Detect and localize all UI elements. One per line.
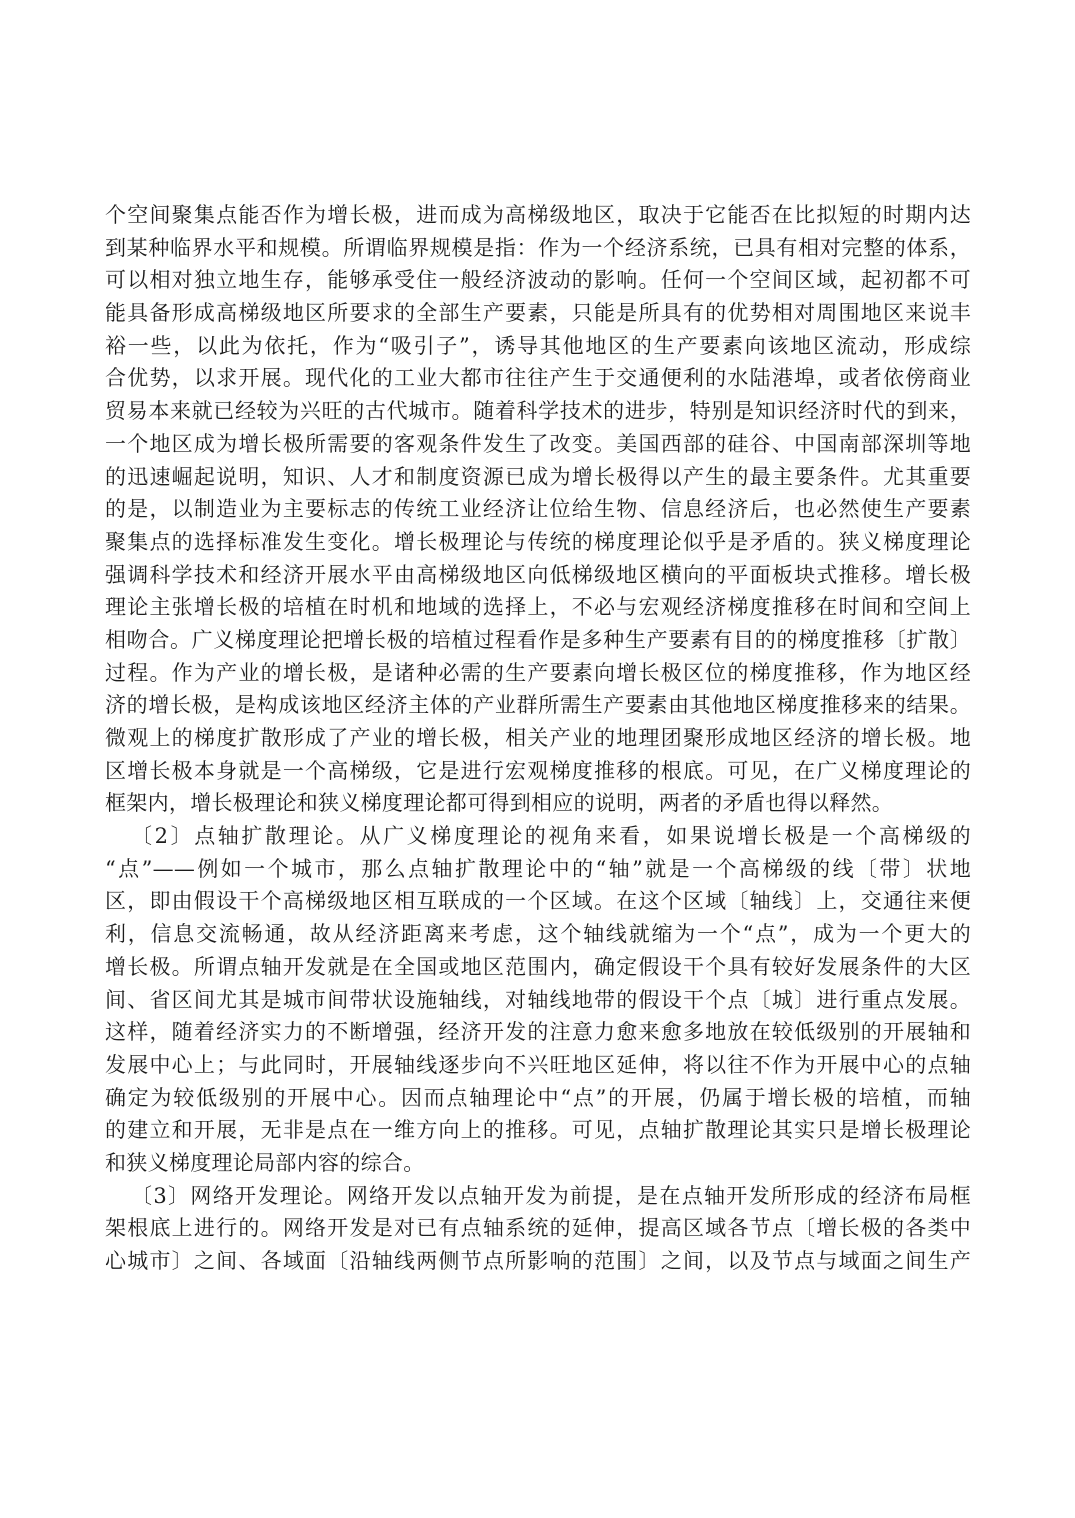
- text-line: 利，信息交流畅通，故从经济距离来考虑，这个轴线就缩为一个“点”，成为一个更大的: [105, 918, 971, 951]
- text-line: 的建立和开展，无非是点在一维方向上的推移。可见，点轴扩散理论其实只是增长极理论: [105, 1114, 971, 1147]
- text-line: 贸易本来就已经较为兴旺的古代城市。随着科学技术的进步，特别是知识经济时代的到来，: [105, 395, 971, 428]
- text-line: 能具备形成高梯级地区所要求的全部生产要素，只能是所具有的优势相对周围地区来说丰: [105, 297, 971, 330]
- text-line: 增长极。所谓点轴开发就是在全国或地区范围内，确定假设干个具有较好发展条件的大区: [105, 951, 971, 984]
- text-line: 相吻合。广义梯度理论把增长极的培植过程看作是多种生产要素有目的的梯度推移〔扩散〕: [105, 624, 971, 657]
- text-line: 理论主张增长极的培植在时机和地域的选择上，不必与宏观经济梯度推移在时间和空间上: [105, 591, 971, 624]
- text-line: 微观上的梯度扩散形成了产业的增长极，相关产业的地理团聚形成地区经济的增长极。地: [105, 722, 971, 755]
- text-line: 合优势，以求开展。现代化的工业大都市往往产生于交通便利的水陆港埠，或者依傍商业: [105, 362, 971, 395]
- text-line: 发展中心上；与此同时，开展轴线逐步向不兴旺地区延伸，将以往不作为开展中心的点轴: [105, 1049, 971, 1082]
- text-line: 区，即由假设干个高梯级地区相互联成的一个区域。在这个区域〔轴线〕上，交通往来便: [105, 885, 971, 918]
- document-page: 个空间聚集点能否作为增长极，进而成为高梯级地区，取决于它能否在比拟短的时期内达到…: [0, 0, 1075, 1518]
- text-line: 架根底上进行的。网络开发是对已有点轴系统的延伸，提高区域各节点〔增长极的各类中: [105, 1212, 971, 1245]
- text-line: 和狭义梯度理论局部内容的综合。: [105, 1147, 971, 1180]
- document-text: 个空间聚集点能否作为增长极，进而成为高梯级地区，取决于它能否在比拟短的时期内达到…: [105, 199, 971, 1278]
- text-line: 可以相对独立地生存，能够承受住一般经济波动的影响。任何一个空间区域，起初都不可: [105, 264, 971, 297]
- paragraph: 〔3〕网络开发理论。网络开发以点轴开发为前提，是在点轴开发所形成的经济布局框架根…: [105, 1180, 971, 1278]
- text-line: 一个地区成为增长极所需要的客观条件发生了改变。美国西部的硅谷、中国南部深圳等地: [105, 428, 971, 461]
- text-line: 到某种临界水平和规模。所谓临界规模是指：作为一个经济系统，已具有相对完整的体系，: [105, 232, 971, 265]
- text-line: 聚集点的选择标准发生变化。增长极理论与传统的梯度理论似乎是矛盾的。狭义梯度理论: [105, 526, 971, 559]
- paragraph: 个空间聚集点能否作为增长极，进而成为高梯级地区，取决于它能否在比拟短的时期内达到…: [105, 199, 971, 820]
- text-line: 过程。作为产业的增长极，是诸种必需的生产要素向增长极区位的梯度推移，作为地区经: [105, 657, 971, 690]
- text-line: 间、省区间尤其是城市间带状设施轴线，对轴线地带的假设干个点〔城〕进行重点发展。: [105, 984, 971, 1017]
- text-line: “点”——例如一个城市，那么点轴扩散理论中的“轴”就是一个高梯级的线〔带〕状地: [105, 853, 971, 886]
- text-line: 〔2〕点轴扩散理论。从广义梯度理论的视角来看，如果说增长极是一个高梯级的: [105, 820, 971, 853]
- text-line: 的迅速崛起说明，知识、人才和制度资源已成为增长极得以产生的最主要条件。尤其重要: [105, 461, 971, 494]
- text-line: 强调科学技术和经济开展水平由高梯级地区向低梯级地区横向的平面板块式推移。增长极: [105, 559, 971, 592]
- paragraph: 〔2〕点轴扩散理论。从广义梯度理论的视角来看，如果说增长极是一个高梯级的“点”—…: [105, 820, 971, 1180]
- text-line: 心城市〕之间、各域面〔沿轴线两侧节点所影响的范围〕之间，以及节点与域面之间生产: [105, 1245, 971, 1278]
- text-line: 个空间聚集点能否作为增长极，进而成为高梯级地区，取决于它能否在比拟短的时期内达: [105, 199, 971, 232]
- text-line: 裕一些，以此为依托，作为“吸引子”，诱导其他地区的生产要素向该地区流动，形成综: [105, 330, 971, 363]
- text-line: 区增长极本身就是一个高梯级，它是进行宏观梯度推移的根底。可见，在广义梯度理论的: [105, 755, 971, 788]
- text-line: 确定为较低级别的开展中心。因而点轴理论中“点”的开展，仍属于增长极的培植，而轴: [105, 1082, 971, 1115]
- text-line: 的是，以制造业为主要标志的传统工业经济让位给生物、信息经济后，也必然使生产要素: [105, 493, 971, 526]
- text-line: 框架内，增长极理论和狭义梯度理论都可得到相应的说明，两者的矛盾也得以释然。: [105, 787, 971, 820]
- text-line: 济的增长极，是构成该地区经济主体的产业群所需生产要素由其他地区梯度推移来的结果。: [105, 689, 971, 722]
- text-line: 〔3〕网络开发理论。网络开发以点轴开发为前提，是在点轴开发所形成的经济布局框: [105, 1180, 971, 1213]
- text-line: 这样，随着经济实力的不断增强，经济开发的注意力愈来愈多地放在较低级别的开展轴和: [105, 1016, 971, 1049]
